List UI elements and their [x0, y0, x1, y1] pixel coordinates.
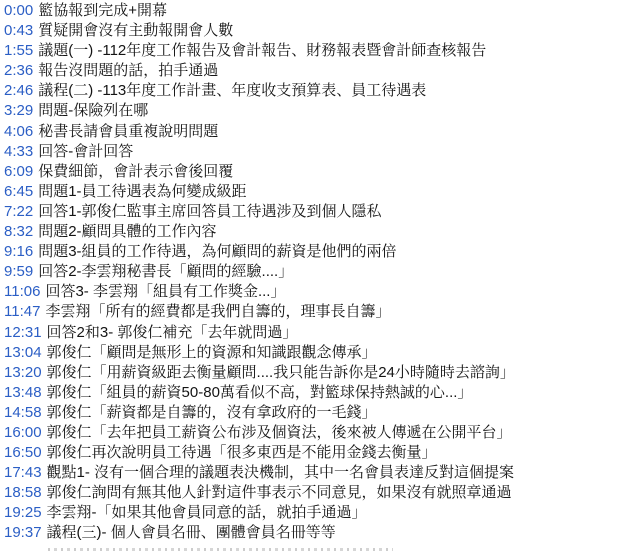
chapter-text: 回答1-郭俊仁監事主席回答員工待遇涉及到個人隱私: [38, 203, 381, 220]
timestamp-link[interactable]: 17:43: [4, 464, 42, 481]
chapter-row: 14:58郭俊仁「薪資都是自籌的，沒有拿政府的一毛錢」: [4, 403, 640, 423]
chapter-text: 觀點1- 沒有一個合理的議題表決機制，其中一名會員表達反對這個提案: [47, 464, 515, 481]
timestamp-link[interactable]: 4:06: [4, 123, 33, 140]
timestamp-link[interactable]: 16:50: [4, 444, 42, 461]
chapter-text: 李雲翔-「如果其他會員同意的話，就拍手通過」: [47, 504, 367, 521]
timestamp-link[interactable]: 0:43: [4, 22, 33, 39]
chapter-row: 18:58郭俊仁詢問有無其他人針對這件事表示不同意見，如果沒有就照章通過: [4, 483, 640, 503]
chapter-text: 郭俊仁詢問有無其他人針對這件事表示不同意見，如果沒有就照章通過: [47, 484, 512, 501]
timestamp-link[interactable]: 14:58: [4, 404, 42, 421]
chapter-text: 郭俊仁再次說明員工待遇「很多東西是不能用金錢去衡量」: [47, 444, 437, 461]
chapter-row: 2:46議程(二) -113年度工作計畫、年度收支預算表、員工待遇表: [4, 81, 640, 101]
chapter-row: 3:29問題-保險列在哪: [4, 101, 640, 121]
chapter-text: 郭俊仁「薪資都是自籌的，沒有拿政府的一毛錢」: [47, 404, 377, 421]
chapter-row: 11:06回答3- 李雲翔「組員有工作獎金...」: [4, 282, 640, 302]
chapter-row: 16:50郭俊仁再次說明員工待遇「很多東西是不能用金錢去衡量」: [4, 443, 640, 463]
timestamp-link[interactable]: 19:25: [4, 504, 42, 521]
chapter-list: 0:00籃協報到完成+開幕0:43質疑開會沒有主動報開會人數1:55議題(一) …: [0, 0, 640, 551]
timestamp-link[interactable]: 4:33: [4, 143, 33, 160]
chapter-row: 11:47李雲翔「所有的經費都是我們自籌的，理事長自籌」: [4, 302, 640, 322]
timestamp-link[interactable]: 13:48: [4, 384, 42, 401]
chapter-row: 9:59回答2-李雲翔秘書長「顧問的經驗....」: [4, 262, 640, 282]
chapter-text: 李雲翔「所有的經費都是我們自籌的，理事長自籌」: [45, 303, 390, 320]
chapter-row: 6:09保費細節，會計表示會後回覆: [4, 162, 640, 182]
timestamp-link[interactable]: 19:37: [4, 524, 42, 541]
chapter-text: 郭俊仁「用薪資級距去衡量顧問....我只能告訴你是24小時隨時去諮詢」: [47, 364, 515, 381]
timestamp-link[interactable]: 12:31: [4, 324, 42, 341]
timestamp-link[interactable]: 8:32: [4, 223, 33, 240]
timestamp-link[interactable]: 18:58: [4, 484, 42, 501]
chapter-row: 13:20郭俊仁「用薪資級距去衡量顧問....我只能告訴你是24小時隨時去諮詢」: [4, 363, 640, 383]
timestamp-link[interactable]: 13:20: [4, 364, 42, 381]
chapter-text: 郭俊仁「去年把員工薪資公布涉及個資法，後來被人傳遞在公開平台」: [47, 424, 512, 441]
timestamp-link[interactable]: 2:46: [4, 82, 33, 99]
chapter-row: 9:16問題3-組員的工作待遇，為何顧問的薪資是他們的兩倍: [4, 242, 640, 262]
chapter-row: 19:37議程(三)- 個人會員名冊、團體會員名冊等等: [4, 523, 640, 543]
timestamp-link[interactable]: 9:16: [4, 243, 33, 260]
chapter-text: 回答-會計回答: [38, 143, 133, 160]
chapter-text: 回答3- 李雲翔「組員有工作獎金...」: [45, 283, 285, 300]
timestamp-link[interactable]: 2:36: [4, 62, 33, 79]
clipped-row: [48, 548, 393, 551]
timestamp-link[interactable]: 16:00: [4, 424, 42, 441]
chapter-text: 議題(一) -112年度工作報告及會計報告、財務報表暨會計師查核報告: [38, 42, 486, 59]
chapter-row: 17:43觀點1- 沒有一個合理的議題表決機制，其中一名會員表達反對這個提案: [4, 463, 640, 483]
chapter-text: 郭俊仁「組員的薪資50-80萬看似不高，對籃球保持熱誠的心...」: [47, 384, 473, 401]
timestamp-link[interactable]: 11:06: [4, 283, 40, 300]
chapter-text: 回答2和3- 郭俊仁補充「去年就問過」: [47, 324, 298, 341]
timestamp-link[interactable]: 7:22: [4, 203, 33, 220]
chapter-text: 郭俊仁「顧問是無形上的資源和知識跟觀念傳承」: [47, 344, 377, 361]
chapter-text: 問題3-組員的工作待遇，為何顧問的薪資是他們的兩倍: [38, 243, 396, 260]
chapter-text: 報告沒問題的話，拍手通過: [38, 62, 218, 79]
chapter-text: 保費細節，會計表示會後回覆: [38, 163, 233, 180]
chapter-row: 1:55議題(一) -112年度工作報告及會計報告、財務報表暨會計師查核報告: [4, 41, 640, 61]
chapter-row: 0:43質疑開會沒有主動報開會人數: [4, 21, 640, 41]
timestamp-link[interactable]: 1:55: [4, 42, 33, 59]
chapter-text: 秘書長請會員重複說明問題: [38, 123, 218, 140]
chapter-row: 0:00籃協報到完成+開幕: [4, 1, 640, 21]
timestamp-link[interactable]: 3:29: [4, 102, 33, 119]
chapter-row: 7:22回答1-郭俊仁監事主席回答員工待遇涉及到個人隱私: [4, 202, 640, 222]
timestamp-link[interactable]: 6:45: [4, 183, 33, 200]
timestamp-link[interactable]: 13:04: [4, 344, 42, 361]
chapter-row: 19:25李雲翔-「如果其他會員同意的話，就拍手通過」: [4, 503, 640, 523]
chapter-row: 4:06秘書長請會員重複說明問題: [4, 122, 640, 142]
timestamp-link[interactable]: 6:09: [4, 163, 33, 180]
chapter-text: 籃協報到完成+開幕: [38, 2, 167, 19]
chapter-text: 問題1-員工待遇表為何變成級距: [38, 183, 246, 200]
chapter-text: 回答2-李雲翔秘書長「顧問的經驗....」: [38, 263, 293, 280]
chapter-row: 2:36報告沒問題的話，拍手通過: [4, 61, 640, 81]
chapter-text: 議程(三)- 個人會員名冊、團體會員名冊等等: [47, 524, 336, 541]
timestamp-link[interactable]: 0:00: [4, 2, 33, 19]
chapter-text: 問題2-顧問具體的工作內容: [38, 223, 216, 240]
chapter-row: 4:33回答-會計回答: [4, 142, 640, 162]
chapter-row: 16:00郭俊仁「去年把員工薪資公布涉及個資法，後來被人傳遞在公開平台」: [4, 423, 640, 443]
chapter-row: 12:31回答2和3- 郭俊仁補充「去年就問過」: [4, 323, 640, 343]
chapter-text: 質疑開會沒有主動報開會人數: [38, 22, 233, 39]
chapter-row: 6:45問題1-員工待遇表為何變成級距: [4, 182, 640, 202]
timestamp-link[interactable]: 11:47: [4, 303, 40, 320]
chapter-text: 問題-保險列在哪: [38, 102, 148, 119]
chapter-text: 議程(二) -113年度工作計畫、年度收支預算表、員工待遇表: [38, 82, 426, 99]
chapter-row: 8:32問題2-顧問具體的工作內容: [4, 222, 640, 242]
timestamp-link[interactable]: 9:59: [4, 263, 33, 280]
chapter-row: 13:04郭俊仁「顧問是無形上的資源和知識跟觀念傳承」: [4, 343, 640, 363]
chapter-row: 13:48郭俊仁「組員的薪資50-80萬看似不高，對籃球保持熱誠的心...」: [4, 383, 640, 403]
